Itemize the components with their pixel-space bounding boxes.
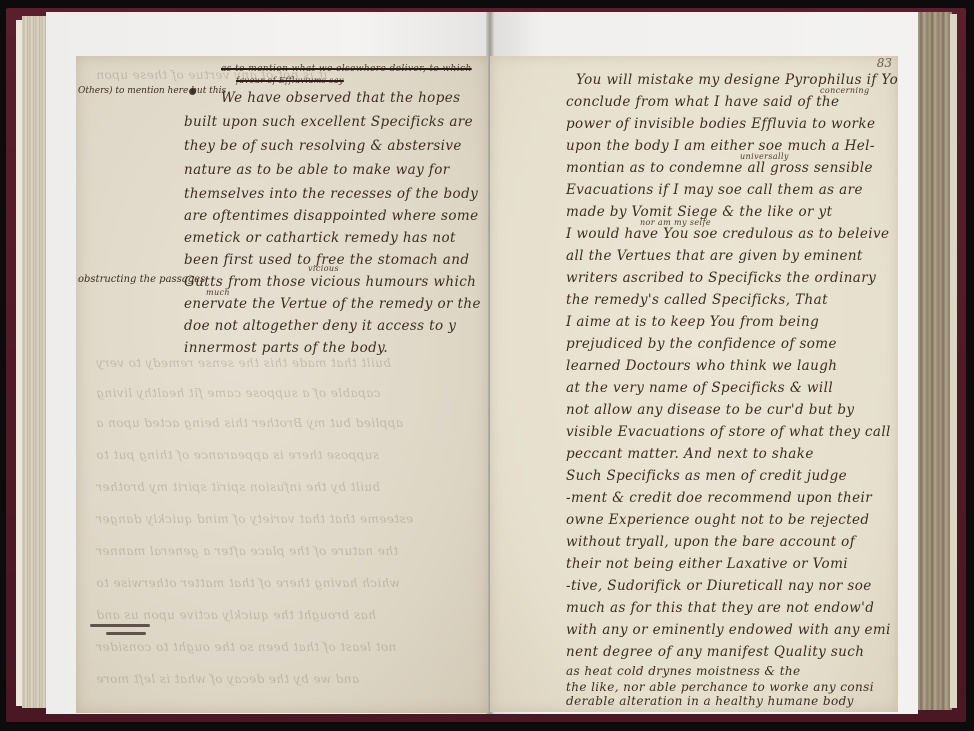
text-line: themselves into the recesses of the body bbox=[184, 186, 478, 202]
manuscript-leaf-left: it is not of any vertue of these upon bu… bbox=[76, 56, 488, 713]
folio-number: 83 bbox=[877, 56, 892, 70]
text-line: without tryall, upon the bare account of bbox=[566, 534, 855, 550]
ink-smudge bbox=[90, 624, 150, 627]
text-line: We have observed that the hopes bbox=[221, 90, 460, 106]
text-line: are oftentimes disappointed where some bbox=[184, 208, 479, 224]
interlinear-note: much bbox=[206, 288, 230, 297]
text-line: power of invisible bodies Effluvia to wo… bbox=[566, 116, 875, 132]
text-line: not allow any disease to be cur'd but by bbox=[566, 402, 854, 418]
text-line: -ment & credit doe recommend upon their bbox=[566, 490, 872, 506]
text-line: -tive, Sudorifick or Diureticall nay nor… bbox=[566, 578, 872, 594]
text-line: I aime at is to keep You from being bbox=[566, 314, 819, 330]
text-line: doe not altogether deny it access to y bbox=[184, 318, 456, 334]
ink-smudge bbox=[106, 632, 146, 635]
ink-blot bbox=[189, 88, 196, 95]
page-edges-right bbox=[916, 12, 952, 710]
interlinear-note: nor am my selfe bbox=[640, 218, 711, 227]
text-line: at the very name of Specificks & will bbox=[566, 380, 833, 396]
text-line: writers ascribed to Specificks the ordin… bbox=[566, 270, 876, 286]
manuscript-leaf-right: 83 You will mistake my designe Pyrophilu… bbox=[490, 56, 898, 712]
text-line: visible Evacuations of store of what the… bbox=[566, 424, 891, 440]
text-line: the like, nor able perchance to worke an… bbox=[566, 680, 874, 694]
text-line: with any or eminently endowed with any e… bbox=[566, 622, 891, 638]
text-line: much as for this that they are not endow… bbox=[566, 600, 874, 616]
text-line: Such Specificks as men of credit judge bbox=[566, 468, 847, 484]
text-line: Evacuations if I may soe call them as ar… bbox=[566, 182, 863, 198]
text-line: nent degree of any manifest Quality such bbox=[566, 644, 864, 660]
text-line: learned Doctours who think we laugh bbox=[566, 358, 837, 374]
text-line: as heat cold drynes moistness & the bbox=[566, 664, 801, 678]
text-line: conclude from what I have said of the bbox=[566, 94, 839, 110]
text-line: the remedy's called Specificks, That bbox=[566, 292, 828, 308]
text-line: I would have You soe credulous as to bel… bbox=[566, 226, 889, 242]
text-line: they be of such resolving & abstersive bbox=[184, 138, 462, 154]
text-line: derable alteration in a healthy humane b… bbox=[566, 694, 854, 708]
text-line: emetick or cathartick remedy has not bbox=[184, 230, 456, 246]
text-line: enervate the Vertue of the remedy or the bbox=[184, 296, 481, 312]
text-line: all the Vertues that are given by eminen… bbox=[566, 248, 863, 264]
margin-note: Others) to mention here but this bbox=[78, 86, 226, 96]
text-line: owne Experience ought not to be rejected bbox=[566, 512, 869, 528]
interlinear-note: concerning bbox=[820, 86, 869, 95]
text-line: nature as to be able to make way for bbox=[184, 162, 450, 178]
interlinear-note: vicious bbox=[308, 264, 339, 273]
text-line: innermost parts of the body. bbox=[184, 340, 388, 356]
deleted-line: favour of Effluviums say bbox=[236, 76, 344, 85]
text-line: upon the body I am either soe much a Hel… bbox=[566, 138, 875, 154]
text-line: their not being either Laxative or Vomi bbox=[566, 556, 848, 572]
interlinear-note: universally bbox=[740, 152, 789, 161]
text-line: peccant matter. And next to shake bbox=[566, 446, 814, 462]
deleted-line: as to mention what we elsewhere deliver,… bbox=[221, 64, 472, 74]
page-edges-left bbox=[22, 16, 46, 708]
text-line: prejudiced by the confidence of some bbox=[566, 336, 837, 352]
text-line: montian as to condemne all gross sensibl… bbox=[566, 160, 873, 176]
text-line: built upon such excellent Specificks are bbox=[184, 114, 473, 130]
endpaper-right bbox=[950, 14, 957, 708]
